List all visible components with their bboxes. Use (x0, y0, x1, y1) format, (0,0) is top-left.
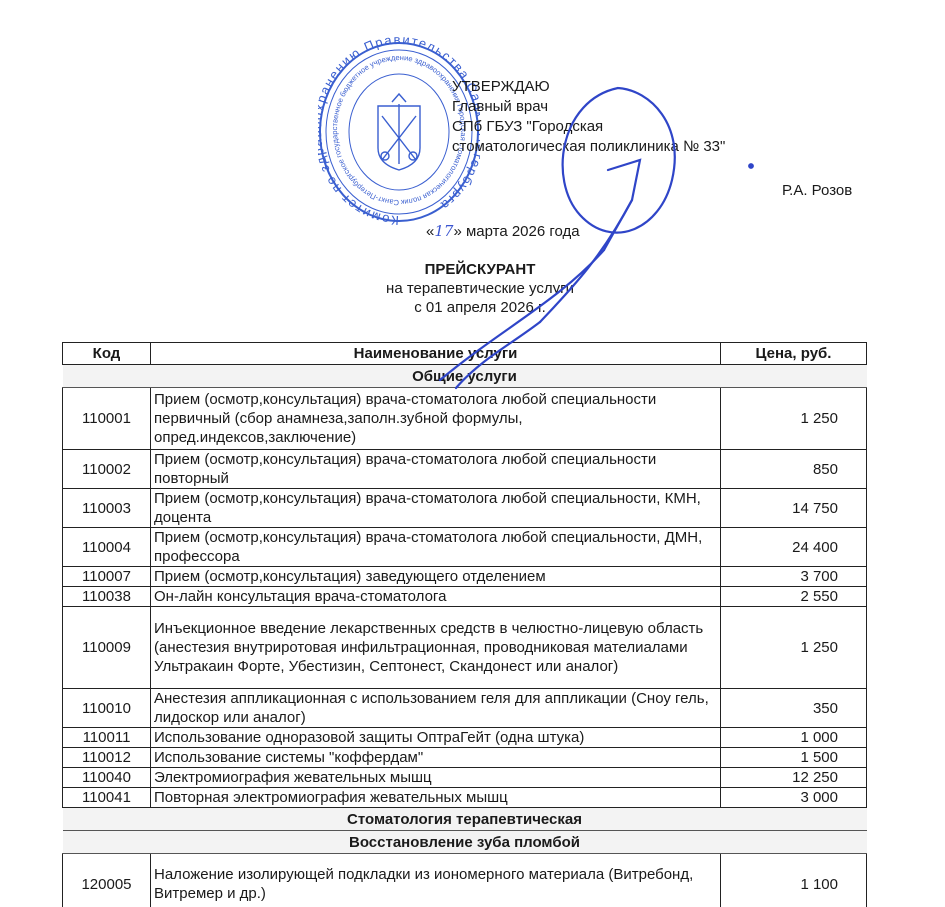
cell-price: 1 000 (721, 728, 867, 748)
cell-code: 120005 (63, 854, 151, 907)
cell-code: 110002 (63, 450, 151, 489)
approval-org-line-1: СПб ГБУЗ "Городская (452, 117, 725, 137)
cell-name: Использование системы "коффердам" (151, 748, 721, 768)
cell-name: Инъекционное введение лекарственных сред… (151, 607, 721, 689)
cell-name: Прием (осмотр,консультация) заведующего … (151, 567, 721, 587)
cell-code: 110041 (63, 788, 151, 808)
document-title-block: ПРЕЙСКУРАНТ на терапевтические услуги с … (300, 260, 660, 317)
cell-code: 110012 (63, 748, 151, 768)
table-row: 110004Прием (осмотр,консультация) врача-… (63, 528, 867, 567)
table-header-row: Код Наименование услуги Цена, руб. (63, 343, 867, 365)
cell-price: 3 000 (721, 788, 867, 808)
cell-code: 110010 (63, 689, 151, 728)
section-title: Общие услуги (63, 365, 867, 388)
signer-name: Р.А. Розов (782, 182, 852, 199)
table-row: 110040Электромиография жевательных мышц1… (63, 768, 867, 788)
cell-code: 110040 (63, 768, 151, 788)
header-name: Наименование услуги (151, 343, 721, 365)
section-header-row: Общие услуги (63, 365, 867, 388)
cell-price: 3 700 (721, 567, 867, 587)
cell-code: 110009 (63, 607, 151, 689)
header-code: Код (63, 343, 151, 365)
table-row: 120005Наложение изолирующей подкладки из… (63, 854, 867, 907)
section-header-row: Стоматология терапевтическая (63, 808, 867, 831)
table-row: 110041Повторная электромиография жевател… (63, 788, 867, 808)
cell-name: Анестезия аппликационная с использование… (151, 689, 721, 728)
cell-name: Использование одноразовой защиты ОптраГе… (151, 728, 721, 748)
cell-code: 110007 (63, 567, 151, 587)
cell-name: Прием (осмотр,консультация) врача-стомат… (151, 388, 721, 450)
cell-price: 2 550 (721, 587, 867, 607)
approval-org-line-2: стоматологическая поликлиника № 33" (452, 137, 725, 157)
section-title: Стоматология терапевтическая (63, 808, 867, 831)
cell-name: Прием (осмотр,консультация) врача-стомат… (151, 489, 721, 528)
document-effective-date: с 01 апреля 2026 г. (300, 298, 660, 317)
cell-code: 110003 (63, 489, 151, 528)
table-row: 110010Анестезия аппликационная с использ… (63, 689, 867, 728)
approval-heading: УТВЕРЖДАЮ (452, 77, 725, 97)
price-table: Код Наименование услуги Цена, руб. Общие… (62, 342, 867, 907)
cell-code: 110038 (63, 587, 151, 607)
cell-name: Прием (осмотр,консультация) врача-стомат… (151, 450, 721, 489)
table-row: 110011Использование одноразовой защиты О… (63, 728, 867, 748)
section-title: Восстановление зуба пломбой (63, 831, 867, 854)
cell-price: 14 750 (721, 489, 867, 528)
table-row: 110002Прием (осмотр,консультация) врача-… (63, 450, 867, 489)
section-header-row: Восстановление зуба пломбой (63, 831, 867, 854)
cell-price: 1 500 (721, 748, 867, 768)
header-price: Цена, руб. (721, 343, 867, 365)
cell-price: 24 400 (721, 528, 867, 567)
document-subtitle: на терапевтические услуги (300, 279, 660, 298)
table-row: 110009Инъекционное введение лекарственны… (63, 607, 867, 689)
coat-of-arms-icon (378, 94, 420, 170)
table-row: 110038Он-лайн консультация врача-стомато… (63, 587, 867, 607)
cell-name: Он-лайн консультация врача-стоматолога (151, 587, 721, 607)
cell-code: 110001 (63, 388, 151, 450)
cell-name: Прием (осмотр,консультация) врача-стомат… (151, 528, 721, 567)
cell-name: Наложение изолирующей подкладки из ионом… (151, 854, 721, 907)
table-row: 110001Прием (осмотр,консультация) врача-… (63, 388, 867, 450)
approval-date: «17» марта 2026 года (426, 222, 580, 240)
cell-code: 110011 (63, 728, 151, 748)
cell-price: 1 250 (721, 388, 867, 450)
approval-position: Главный врач (452, 97, 725, 117)
document-title: ПРЕЙСКУРАНТ (300, 260, 660, 279)
date-day: 17 (434, 222, 453, 240)
cell-price: 850 (721, 450, 867, 489)
table-row: 110012Использование системы "коффердам"1… (63, 748, 867, 768)
approval-block: УТВЕРЖДАЮ Главный врач СПб ГБУЗ "Городск… (452, 77, 725, 157)
cell-name: Повторная электромиография жевательных м… (151, 788, 721, 808)
table-row: 110007Прием (осмотр,консультация) заведу… (63, 567, 867, 587)
cell-name: Электромиография жевательных мышц (151, 768, 721, 788)
cell-price: 1 250 (721, 607, 867, 689)
cell-price: 350 (721, 689, 867, 728)
cell-price: 1 100 (721, 854, 867, 907)
table-row: 110003Прием (осмотр,консультация) врача-… (63, 489, 867, 528)
cell-code: 110004 (63, 528, 151, 567)
cell-price: 12 250 (721, 768, 867, 788)
date-rest: » марта 2026 года (453, 223, 579, 240)
